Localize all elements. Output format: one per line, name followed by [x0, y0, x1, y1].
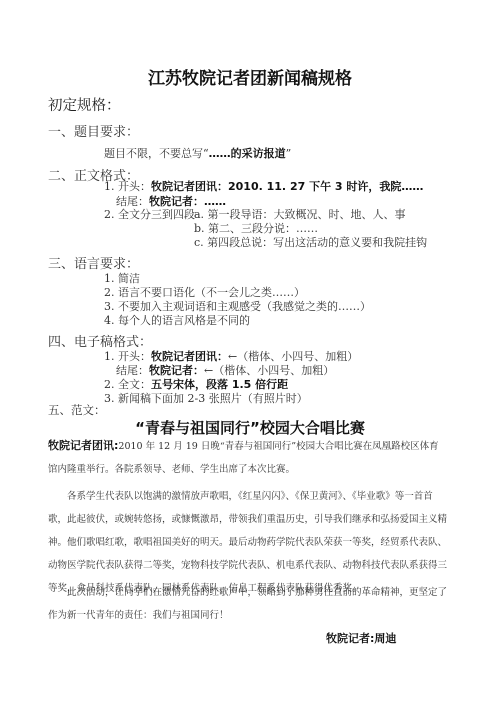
s2-item1: 1. 开头：牧院记者团讯：2010. 11. 27 下午 3 时许，我院……: [104, 178, 423, 194]
sample-paragraph-3: 此次活动，让同学们在激情亢奋的红歌声中，领略到了那种勇往直前的革命精神，更坚定了…: [48, 581, 448, 627]
s2-item1-label: 1. 开头：: [104, 180, 151, 193]
sample-paragraph-1: 牧院记者团讯:2010 年 12 月 19 日晚“青春与祖国同行”校园大合唱比赛…: [48, 434, 448, 481]
s2-item2-label: 2. 全文分三到四段: [104, 206, 195, 222]
section-1-heading: 一、题目要求：: [48, 121, 139, 140]
s3-item: 4. 每个人的语言风格是不同的: [104, 312, 250, 328]
initial-heading: 初定规格：: [48, 94, 121, 115]
s1-prefix: 题目不限，不要总写“: [104, 147, 209, 160]
s1-bold: ……的采访报道: [209, 147, 286, 160]
s4-item3: 3. 新闻稿下面加 2-3 张照片（有照片时）: [104, 390, 308, 406]
section-5-heading: 五、范文：: [48, 402, 106, 418]
sample-signature: 牧院记者:周迪: [326, 630, 396, 646]
s2-item1-bold: 牧院记者团讯：2010. 11. 27 下午 3 时许，我院……: [151, 180, 423, 193]
document-title: 江苏牧院记者团新闻稿规格: [0, 64, 500, 89]
sample-lead: 牧院记者团讯:: [48, 439, 118, 452]
s1-suffix: ”: [286, 147, 292, 160]
s2-item2-c: c. 第四段总说：写出这活动的意义要和我院挂钩: [194, 234, 427, 250]
section-1-line: 题目不限，不要总写“……的采访报道”: [104, 145, 291, 161]
